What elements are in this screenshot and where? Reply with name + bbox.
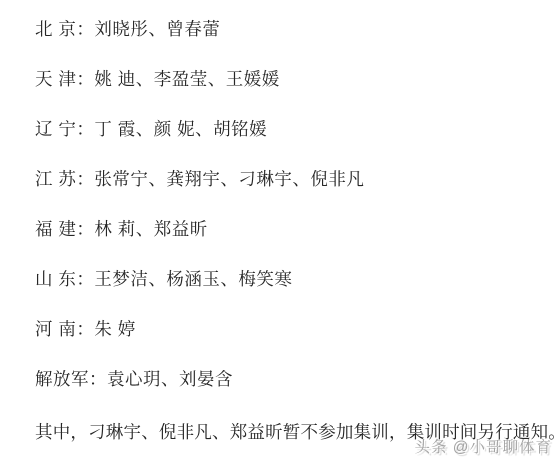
roster-line-army: 解放军：袁心玥、刘晏含 xyxy=(35,369,537,389)
roster-line-jiangsu: 江 苏：张常宁、龚翔宇、刁琳宇、倪非凡 xyxy=(35,169,537,189)
roster-line-tianjin: 天 津：姚 迪、李盈莹、王媛媛 xyxy=(35,69,537,89)
roster-line-beijing: 北 京：刘晓彤、曾春蕾 xyxy=(35,19,537,39)
roster-line-henan: 河 南：朱 婷 xyxy=(35,319,537,339)
toutiao-watermark: 头条 @小哥聊体育 xyxy=(414,439,552,457)
roster-list: 北 京：刘晓彤、曾春蕾 天 津：姚 迪、李盈莹、王媛媛 辽 宁：丁 霞、颜 妮、… xyxy=(0,0,555,442)
roster-line-liaoning: 辽 宁：丁 霞、颜 妮、胡铭媛 xyxy=(35,119,537,139)
roster-line-shandong: 山 东：王梦洁、杨涵玉、梅笑寒 xyxy=(35,269,537,289)
roster-line-fujian: 福 建：林 莉、郑益昕 xyxy=(35,219,537,239)
article-page: 北 京：刘晓彤、曾春蕾 天 津：姚 迪、李盈莹、王媛媛 辽 宁：丁 霞、颜 妮、… xyxy=(0,0,555,461)
